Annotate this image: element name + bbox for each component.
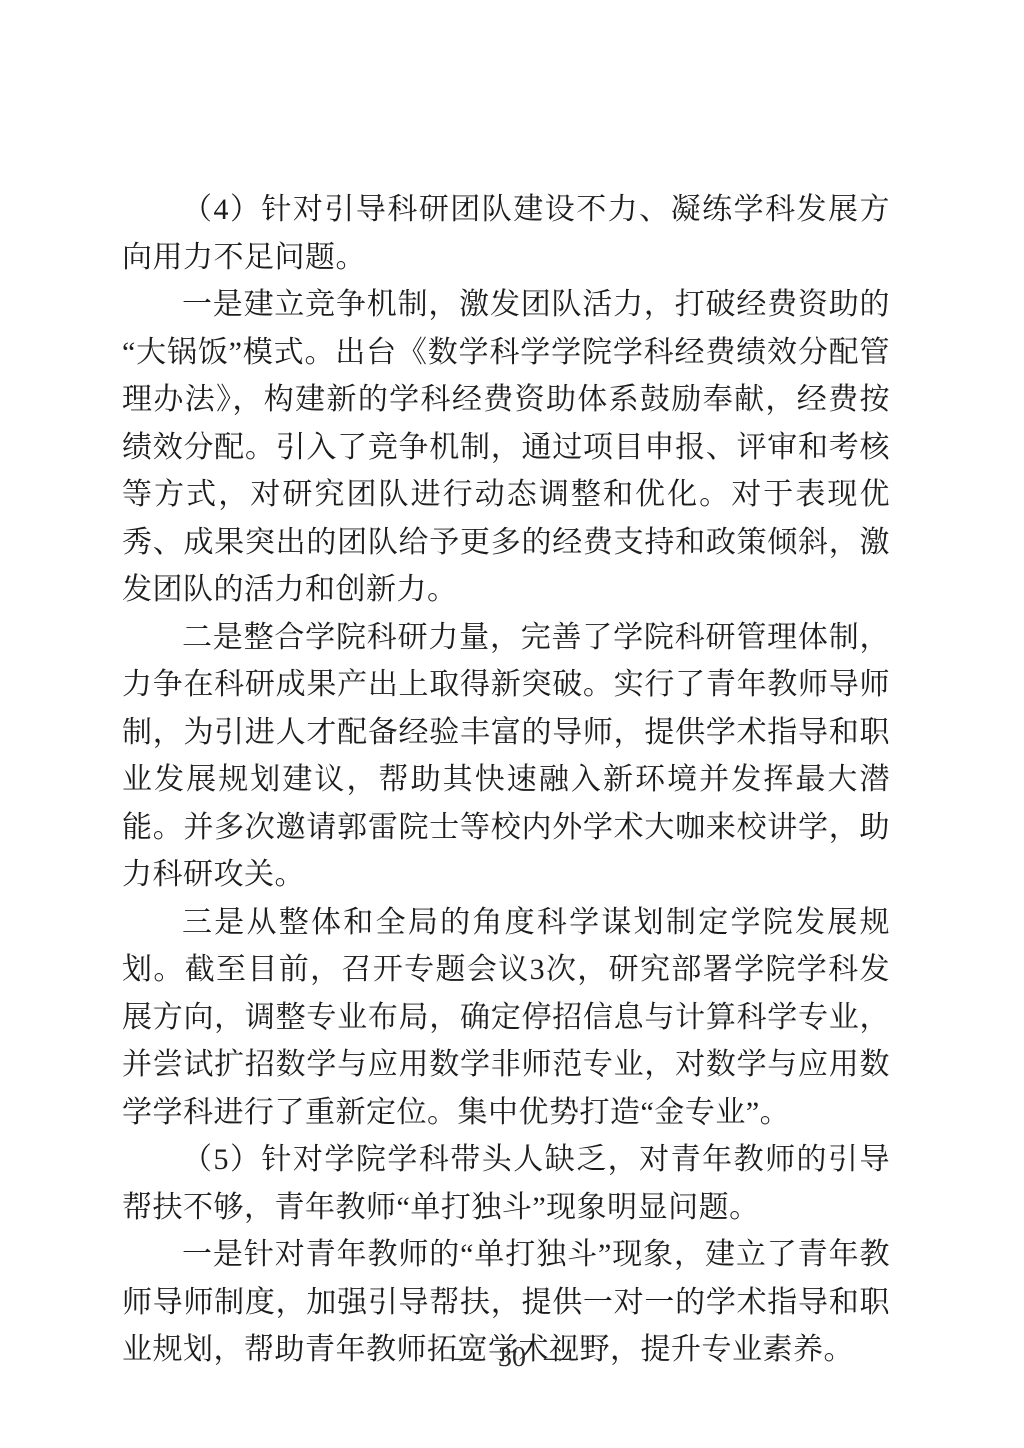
document-page: （4）针对引导科研团队建设不力、凝练学科发展方向用力不足问题。 一是建立竞争机制… xyxy=(0,0,1024,1448)
paragraph-item-4-heading: （4）针对引导科研团队建设不力、凝练学科发展方向用力不足问题。 xyxy=(122,186,890,281)
paragraph-measure-three: 三是从整体和全局的角度科学谋划制定学院发展规划。截至目前，召开专题会议3次，研究… xyxy=(122,899,890,1137)
document-body: （4）针对引导科研团队建设不力、凝练学科发展方向用力不足问题。 一是建立竞争机制… xyxy=(122,186,890,1374)
page-footer: —30— xyxy=(0,1338,1024,1378)
paragraph-measure-two: 二是整合学院科研力量，完善了学院科研管理体制，力争在科研成果产出上取得新突破。实… xyxy=(122,614,890,899)
footer-right-dash: — xyxy=(544,1338,572,1378)
paragraph-item-5-heading: （5）针对学院学科带头人缺乏，对青年教师的引导帮扶不够，青年教师“单打独斗”现象… xyxy=(122,1136,890,1231)
paragraph-measure-one: 一是建立竞争机制，激发团队活力，打破经费资助的“大锅饭”模式。出台《数学科学学院… xyxy=(122,281,890,614)
footer-left-dash: — xyxy=(452,1338,480,1378)
page-number: 30 xyxy=(498,1342,526,1373)
